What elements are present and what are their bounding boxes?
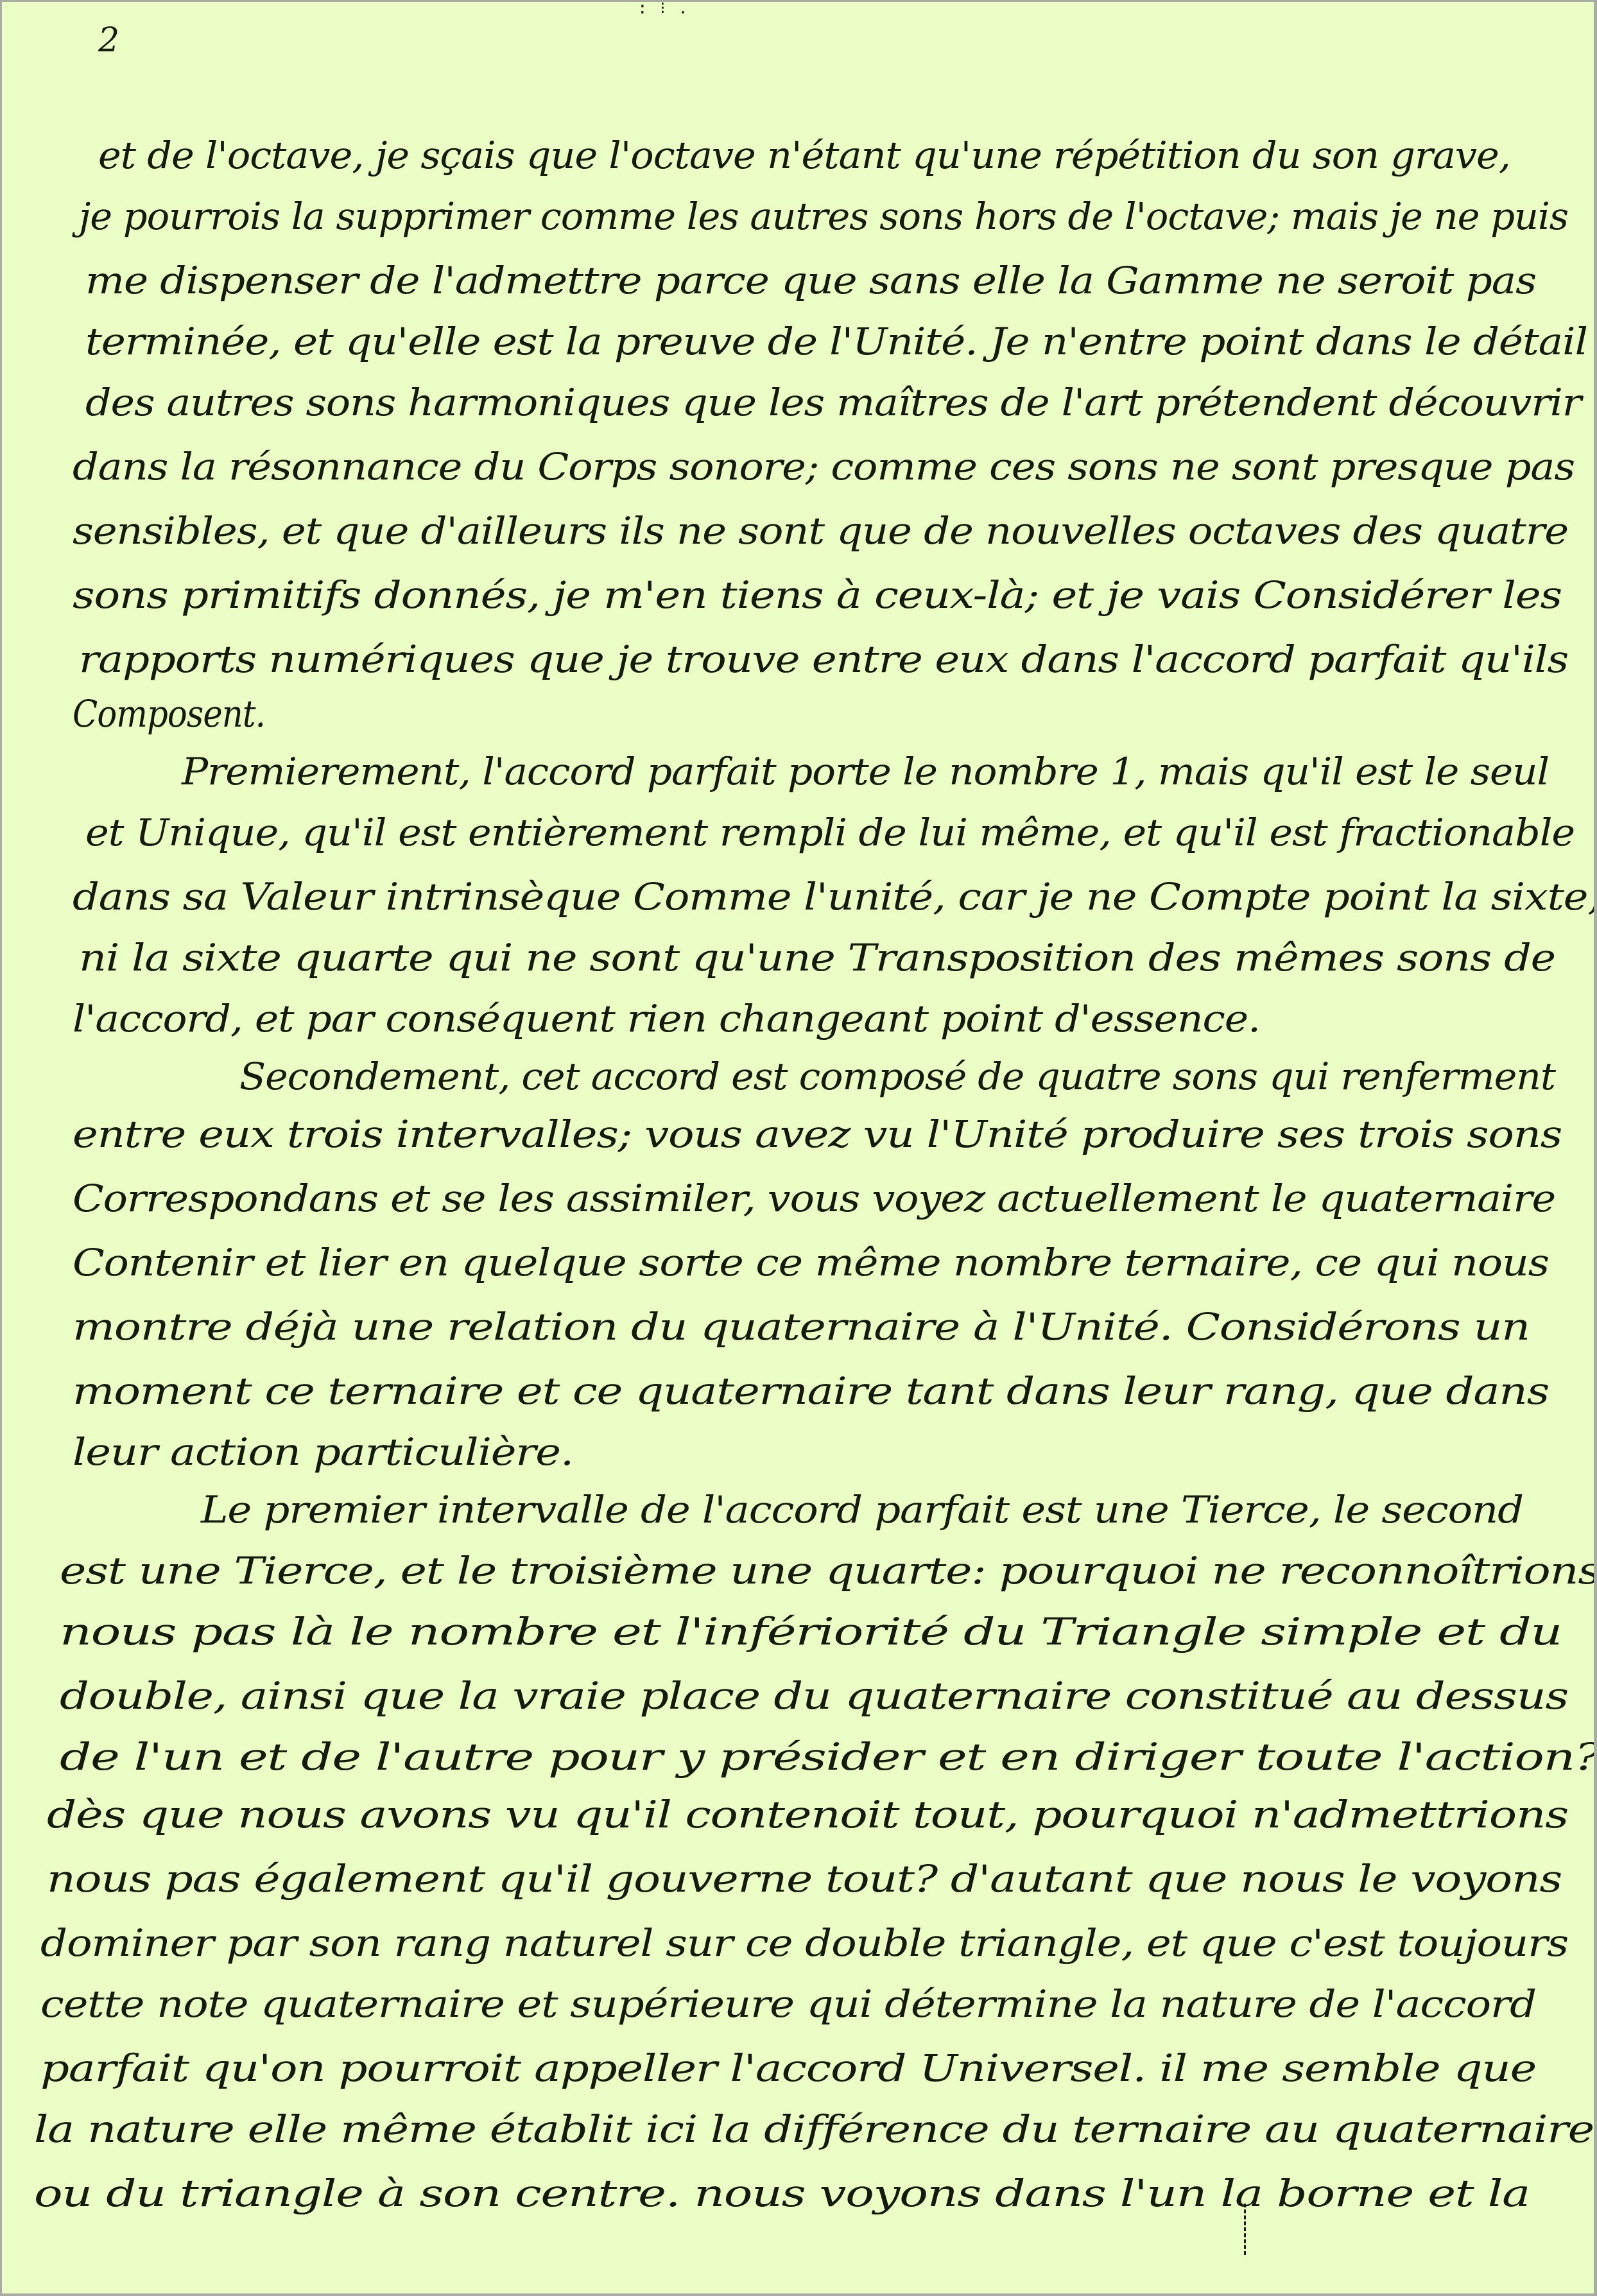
manuscript-line: ni la sixte quarte qui ne sont qu'une Tr… [79,936,1555,980]
manuscript-line: entre eux trois intervalles; vous avez v… [73,1112,1562,1156]
manuscript-line: sons primitifs donnés, je m'en tiens à c… [73,573,1562,617]
manuscript-line: dès que nous avons vu qu'il contenoit to… [47,1793,1568,1836]
manuscript-line: terminée, et qu'elle est la preuve de l'… [85,320,1587,363]
manuscript-line: me dispenser de l'admettre parce que san… [85,259,1536,302]
manuscript-line: parfait qu'on pourroit appeller l'accord… [40,2046,1536,2090]
manuscript-line: et Unique, qu'il est entièrement rempli … [85,811,1575,854]
manuscript-line: et de l'octave, je sçais que l'octave n'… [98,134,1510,177]
manuscript-line: nous pas là le nombre et l'infériorité d… [60,1610,1562,1653]
top-ink-mark: : ⁝ . [637,2,689,15]
manuscript-line: moment ce ternaire et ce quaternaire tan… [73,1369,1549,1413]
manuscript-line: des autres sons harmoniques que les maît… [85,381,1581,424]
manuscript-line: rapports numériques que je trouve entre … [79,637,1568,681]
manuscript-line: dominer par son rang naturel sur ce doub… [40,1921,1568,1965]
manuscript-line: Premierement, l'accord parfait porte le … [182,750,1549,793]
manuscript-line: est une Tierce, et le troisième une quar… [60,1549,1594,1593]
manuscript-line: montre déjà une relation du quaternaire … [73,1305,1530,1349]
manuscript-line: double, ainsi que la vraie place du quat… [60,1674,1568,1718]
stray-ink-mark [1244,2204,1248,2255]
manuscript-line: Composent. [73,692,265,736]
manuscript-line: Correspondans et se les assimiler, vous … [73,1177,1555,1220]
manuscript-line: cette note quaternaire et supérieure qui… [40,1982,1536,2026]
manuscript-line: de l'un et de l'autre pour y présider et… [60,1735,1594,1779]
manuscript-line: nous pas également qu'il gouverne tout? … [47,1857,1562,1901]
manuscript-page: : ⁝ . 2 et de l'octave, je sçais que l'o… [2,2,1594,2293]
manuscript-line: sensibles, et que d'ailleurs ils ne sont… [73,509,1568,553]
manuscript-line: dans sa Valeur intrinsèque Comme l'unité… [73,875,1594,919]
page-number: 2 [98,21,119,60]
manuscript-line: l'accord, et par conséquent rien changea… [73,997,1260,1040]
manuscript-line: Secondement, cet accord est composé de q… [239,1055,1555,1098]
manuscript-line: je pourrois la supprimer comme les autre… [79,194,1568,238]
manuscript-line: dans la résonnance du Corps sonore; comm… [73,445,1575,488]
manuscript-line: leur action particulière. [73,1430,573,1474]
manuscript-line: ou du triangle à son centre. nous voyons… [34,2171,1530,2215]
manuscript-line: Contenir et lier en quelque sorte ce mêm… [73,1241,1549,1284]
manuscript-line: Le premier intervalle de l'accord parfai… [201,1488,1523,1532]
manuscript-line: la nature elle même établit ici la diffé… [34,2107,1594,2151]
